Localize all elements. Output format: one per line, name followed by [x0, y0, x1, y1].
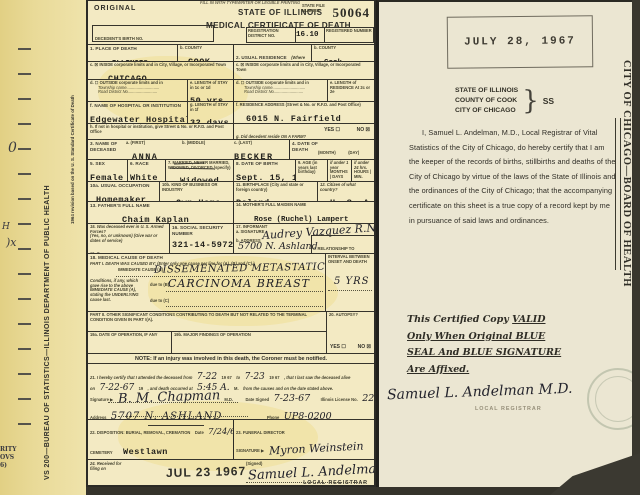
day-label: (DAY) [348, 150, 359, 155]
fill-in-instruction: FILL IN WITH TYPEWRITER OR LEGIBLE PRINT… [200, 1, 300, 6]
date-label: Date [195, 430, 204, 435]
certification-paragraph: I, Samuel L. Andelman, M.D., Local Regis… [409, 126, 617, 228]
date-stamp-box: JULY 28, 1967 [447, 15, 594, 69]
middle-name-label: b. (MIDDLE) [182, 141, 230, 146]
father-name-value: Chaim Kaplan [122, 215, 189, 224]
citizen-label: 12. Citizen of what country? [320, 183, 372, 192]
row-farm: h. If not in hospital or institution, gi… [88, 123, 374, 139]
physician-address-value: 5707 N. ASHLAND [111, 411, 223, 419]
state-file-number: 50064 [333, 5, 371, 21]
coroner-note: NOTE: If an injury was involved in this … [135, 354, 327, 363]
row-occupation: 10a. USUAL OCCUPATION Homemaker 10b. KIN… [88, 181, 374, 201]
dotted-line [328, 290, 372, 291]
mother-name-value: Rose (Ruchel) Lampert [254, 216, 349, 223]
row-parents: 13. FATHER'S FULL NAME Chaim Kaplan 14. … [88, 201, 374, 223]
margin-edge-text: 6) [0, 462, 7, 469]
registrar-panel-signature: Samuel L. Andelman M.D. [387, 381, 573, 403]
scan-right-edge [632, 0, 640, 495]
county-label: b. COUNTY [314, 46, 372, 51]
valid-notice-underlined: VALID [512, 314, 545, 325]
row-inside-limits: c. ☒ INSIDE corporate limits and in City… [88, 61, 374, 79]
dotted-line [118, 416, 248, 417]
interval-label: INTERVAL BETWEEN ONSET AND DEATH [328, 255, 372, 264]
operation-date-label: 19a. DATE OF OPERATION, IF ANY [90, 333, 169, 338]
road-district-line: Road District No........................… [244, 90, 325, 95]
margin-scribble: )x [6, 236, 17, 249]
left-margin-strip: VS 200—BUREAU OF STATISTICS—ILLINOIS DEP… [0, 0, 86, 495]
venue-county: COUNTY OF COOK [455, 96, 518, 106]
disposition-date-value: 7/24/67 [208, 427, 234, 437]
cause-a-value: DISSEMENATED METASTATIC CA. [154, 261, 326, 275]
dotted-line [108, 402, 238, 403]
last-name-value: BECKER [234, 152, 274, 159]
place-of-death-label: 1. PLACE OF DEATH [90, 46, 175, 52]
under-1-year-columns: MONTHS | DAYS [330, 170, 349, 179]
operation-findings-label: 19b. MAJOR FINDINGS OF OPERATION [174, 333, 324, 338]
valid-notice-line: Are Affixed. [407, 364, 469, 375]
first-name-label: a. (FIRST) [126, 141, 178, 146]
dotted-line [246, 482, 366, 483]
margin-scribble: H [2, 222, 10, 232]
row-forces-ssn-informant: 15. Was deceased ever in U. S. Armed For… [88, 223, 374, 253]
first-name-value: ANNA [132, 152, 158, 159]
local-registrar-label: LOCAL REGISTRAR [303, 480, 368, 486]
farm-no-checkbox: NO ☒ [357, 127, 370, 133]
ssn-label: 16. SOCIAL SECURITY NUMBER [172, 225, 231, 236]
sex-value: Female [90, 173, 124, 182]
row-received-filing: 24. Received for filing on JUL 23 1967 (… [88, 459, 374, 488]
venue-block: STATE OF ILLINOIS COUNTY OF COOK CITY OF… [455, 86, 554, 116]
strike-mark [148, 425, 204, 426]
margin-tick-marks [18, 48, 31, 440]
decedent-birth-no-box: DECEDENT'S BIRTH NO. [92, 25, 214, 42]
state-file-label: STATE FILE NUMBER [302, 4, 328, 13]
inside-limits-label: c. ☒ INSIDE corporate limits and in City… [236, 63, 372, 72]
farm-yes-checkbox: YES ☐ [324, 127, 340, 133]
armed-forces-sublabel: (Yes, no, or unknown) (Give war or dates… [90, 234, 167, 243]
hospital-value: Edgewater Hospital [90, 115, 188, 124]
funeral-signature-value: Myron Weinstein [268, 440, 363, 458]
hospital-label: f. NAME OF HOSPITAL OR INSTITUTION [90, 103, 185, 109]
date-signed-label: Date Signed [245, 397, 269, 402]
usual-occupation-label: 10a. USUAL OCCUPATION [90, 183, 157, 189]
interval-value: 5 YRS [334, 276, 370, 287]
inside-limits-label: c. ☒ INSIDE corporate limits and in City… [90, 63, 231, 68]
row-part2-operations: PART II. OTHER SIGNIFICANT CONDITIONS CO… [88, 311, 374, 353]
valid-notice: This Certified Copy VALID Only When Orig… [407, 312, 621, 378]
race-value: White [130, 173, 158, 182]
registered-number-label: REGISTERED NUMBER [324, 28, 373, 42]
row-name-dod: 3. NAME OF DECEASED a. (FIRST) ANNA b. (… [88, 139, 374, 159]
date-of-birth-value: Sept. 15, 1900 [236, 173, 296, 182]
row-disposition-funeral: 22. DISPOSITION: BURIAL, REMOVAL, CREMAT… [88, 419, 374, 459]
road-district-line: Road District No........................… [98, 90, 185, 95]
form-number-vertical-text: VS 200—BUREAU OF STATISTICS—ILLINOIS DEP… [44, 110, 51, 480]
row-cause-of-death: 18. MEDICAL CAUSE OF DEATH PART I. DEATH… [88, 253, 374, 311]
license-label: Illinois License No. [321, 397, 358, 402]
row-outside-limits: d. ☐ OUTSIDE corporate limits and in Tow… [88, 79, 374, 101]
informant-address-value: 5700 N. Ashland [238, 241, 318, 252]
not-in-hospital-label: h. If not in hospital or institution, gi… [90, 125, 231, 134]
dotted-line [166, 291, 323, 292]
physician-signature-value: B. M. Chapman [117, 388, 220, 407]
ssn-value: 321-14-5972 [172, 240, 231, 250]
cemetery-label: CEMETERY [90, 450, 113, 455]
conditions-note: Conditions, if any, which gave rise to t… [90, 279, 148, 303]
relationship-box: c. RELATIONSHIP TO DECEASED Per Hosp. Re… [311, 235, 374, 253]
autopsy-label: 20. AUTOPSY? [329, 313, 372, 318]
under-24-hrs-columns: HOURS | MIN. [354, 170, 372, 179]
row-demographics: 5. SEX Female 6. RACE White 7. MARRIED, … [88, 159, 374, 181]
local-registrar-label: LOCAL REGISTRAR [475, 406, 542, 412]
last-name-label: c. (LAST) [234, 141, 287, 146]
valid-notice-text: This Certified Copy [407, 314, 512, 325]
sex-label: 5. SEX [90, 161, 125, 167]
original-label: ORIGINAL [94, 5, 136, 12]
filing-date-stamp: JUL 23 1967 [166, 464, 247, 480]
signed-label: (Signed) [246, 462, 262, 467]
residence-address-label: f. RESIDENCE ADDRESS (Street & No. or R.… [236, 103, 372, 108]
license-value: 22557 [362, 393, 374, 404]
date-of-death-label: 4. DATE OF DEATH [292, 141, 318, 152]
revision-vertical-text: 1964 revision based on the U. S. Standar… [70, 34, 75, 224]
part2-label: PART II. OTHER SIGNIFICANT CONDITIONS CO… [90, 313, 315, 322]
row-hospital-address: f. NAME OF HOSPITAL OR INSTITUTION Edgew… [88, 101, 374, 123]
medical-cause-label: 18. MEDICAL CAUSE OF DEATH [90, 255, 163, 261]
certification-date-stamp: JULY 28, 1967 [464, 35, 576, 48]
registration-district-value: 16.10 [296, 28, 324, 42]
relationship-label: c. RELATIONSHIP TO DECEASED [313, 246, 354, 253]
valid-notice-line: SEAL And BLUE SIGNATURE [407, 347, 561, 358]
funeral-director-label: 23. FUNERAL DIRECTOR [236, 430, 285, 435]
residence-address-value: 6015 N. Fairfield [246, 114, 341, 123]
county-label: b. COUNTY [180, 46, 231, 51]
dotted-line [166, 306, 323, 307]
month-label: (MONTH) [318, 150, 336, 155]
father-name-label: 13. FATHER'S FULL NAME [90, 203, 231, 209]
ss-label: SS [543, 96, 554, 106]
brace-glyph: } [522, 86, 539, 116]
form-header: ORIGINAL FILL IN WITH TYPEWRITER OR LEGI… [88, 1, 374, 44]
row-physician-certification: 21. I hereby certify that I attended the… [88, 363, 374, 419]
phone-value: UP8-0200 [284, 411, 332, 419]
margin-scribble: 0 [8, 140, 17, 156]
length-of-residence-label: e. LENGTH of RESIDENCE At 2c or 2e [330, 81, 372, 95]
registrar-certification-panel: JULY 28, 1967 STATE OF ILLINOIS COUNTY O… [376, 0, 640, 495]
length-of-stay-label: e. LENGTH of STAY in 1c or 1d [190, 81, 231, 90]
autopsy-no-checkbox: NO ☒ [358, 344, 371, 350]
row-coroner-note: NOTE: If an injury was involved in this … [88, 353, 374, 363]
autopsy-yes-checkbox: YES ☐ [330, 344, 346, 350]
name-of-deceased-label: 3. NAME OF DECEASED [90, 141, 122, 152]
received-label: 24. Received for filing on [90, 462, 124, 471]
margin-edge-text: RITY [0, 446, 17, 453]
race-label: 6. RACE [130, 161, 163, 167]
date-signed-value: 7-23-67 [274, 393, 311, 404]
venue-state: STATE OF ILLINOIS [455, 86, 518, 96]
valid-notice-line: Only When Original BLUE [407, 331, 545, 342]
registration-boxes: REGISTRATION DISTRICT NO. 16.10 REGISTER… [246, 27, 374, 43]
age-label: 9. AGE (in years last birthday) [298, 161, 325, 175]
venue-city: CITY OF CHICAGO [455, 106, 518, 116]
business-label: 10b. KIND OF BUSINESS OR INDUSTRY [162, 183, 231, 192]
date-of-birth-label: 8. DATE OF BIRTH [236, 161, 293, 167]
disposition-label: 22. DISPOSITION: BURIAL, REMOVAL, CREMAT… [90, 430, 190, 435]
death-certificate-scan: { "page": { "original_label": "ORIGINAL"… [0, 0, 640, 495]
mother-name-label: 14. MOTHER'S FULL MAIDEN NAME [236, 203, 372, 208]
registration-district-label: REGISTRATION DISTRICT NO. [247, 28, 296, 42]
birth-no-label: DECEDENT'S BIRTH NO. [95, 36, 143, 41]
funeral-signature-label: SIGNATURE ▶ [236, 448, 264, 453]
board-of-health-vertical-text: CITY OF CHICAGO—BOARD OF HEALTH [621, 60, 632, 360]
margin-edge-text: OVS [0, 454, 14, 461]
due-to-c-label: due to (C) [150, 299, 169, 304]
due-to-b-label: due to (B) [150, 283, 169, 288]
usual-residence-label: 2. USUAL RESIDENCE [236, 55, 287, 60]
stay-1f-label: g. LENGTH of STAY in 1f [190, 103, 231, 112]
cemetery-value: Westlawn [123, 447, 168, 457]
medical-certificate-form: ORIGINAL FILL IN WITH TYPEWRITER OR LEGI… [86, 0, 376, 487]
cause-b-value: CARCINOMA BREAST [168, 277, 310, 290]
row-place-residence: 1. PLACE OF DEATH a. STATE ILLINOIS b. C… [88, 44, 374, 61]
birthplace-label: 11. BIRTHPLACE (City and state or foreig… [236, 183, 315, 192]
